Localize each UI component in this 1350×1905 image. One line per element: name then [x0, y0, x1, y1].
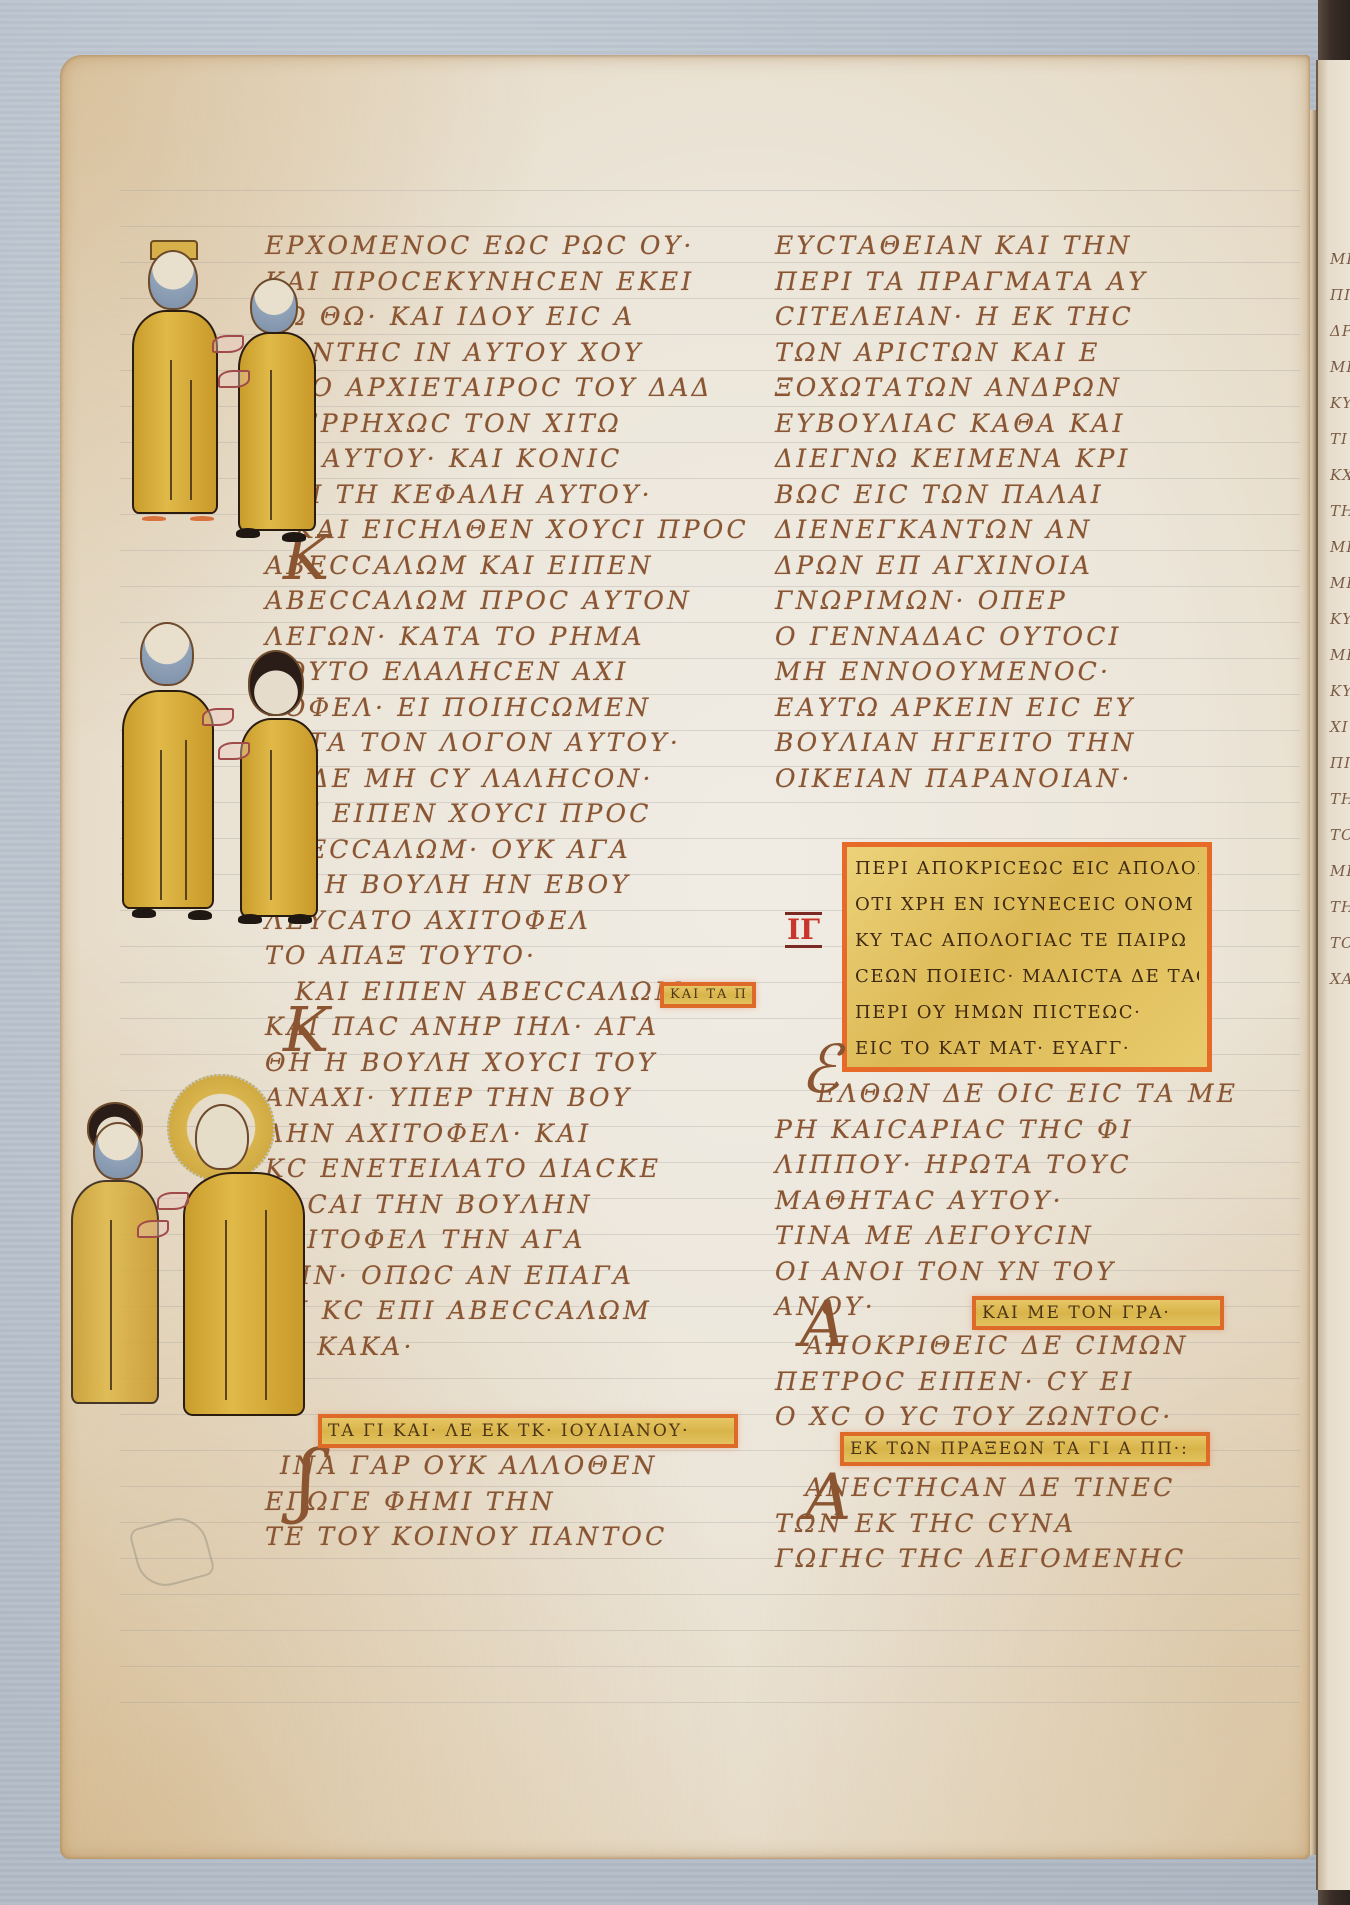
gold-block-line: ΚΥ ΤΑϹ ΑΠΟΛΟΓΙΑϹ ΤΕ ΠΑΙΡΩ	[855, 923, 1199, 959]
facing-page-fragment: ΜΙ	[1330, 646, 1350, 664]
text-line: ΒΟΥΛΙΑΝ ΗΓΕΙΤΟ ΤΗΝ	[775, 725, 1137, 761]
initial-iota: ʃ	[296, 1450, 318, 1510]
text-line: ΤΙΝΑ ΜΕ ΛΕΓΟΥϹΙΝ	[775, 1218, 1094, 1254]
rubric-kai-me-ton-graf: ΚΑΙ ΜΕ ΤΟΝ ΓΡΑ·	[972, 1296, 1224, 1330]
facing-page-fragment: ΚΥ	[1330, 394, 1350, 412]
text-line: ΓΝΩΡΙΜΩΝ· ΟΠΕΡ	[775, 583, 1068, 619]
facing-page-fragment: ΚΥ	[1330, 682, 1350, 700]
text-line: ΤΕ ΤΟΥ ΚΟΙΝΟΥ ΠΑΝΤΟϹ	[265, 1519, 667, 1555]
text-line: ΑΝΕϹΤΗϹΑΝ ΔΕ ΤΙΝΕϹ	[805, 1470, 1175, 1506]
apostle-robe	[71, 1180, 159, 1404]
facing-page-fragment: ΜΙ	[1330, 250, 1350, 268]
text-line: ΠΕΡΙ ΤΑ ΠΡΑΓΜΑΤΑ ΑΥ	[775, 264, 1148, 300]
facing-page-fragment: ΠΙ	[1330, 286, 1350, 304]
christ-robe	[183, 1172, 305, 1416]
facing-page-fragment: ΤΗ	[1330, 502, 1350, 520]
mourner-head	[250, 278, 298, 334]
mourner-robe	[238, 332, 316, 531]
facing-page-fragment: ΜΙ	[1330, 574, 1350, 592]
king-head	[148, 250, 198, 310]
apostle-hand	[137, 1220, 169, 1238]
miniature-christ-and-apostle	[65, 1060, 315, 1420]
initial-alpha-1: Α	[800, 1295, 846, 1355]
text-line: ΚϹ ΕΝΕΤΕΙΛΑΤΟ ΔΙΑϹΚΕ	[265, 1151, 661, 1187]
text-line: ΑΠΟΚΡΙΘΕΙϹ ΔΕ ϹΙΜΩΝ	[805, 1328, 1189, 1364]
text-line: ΑΝΑΧΙ· ΥΠΕΡ ΤΗΝ ΒΟΥ	[265, 1080, 632, 1116]
rubric-praxeis: ΕΚ ΤΩΝ ΠΡΑΞΕΩΝ ΤΑ ΓΙ Α ΠΠ·:	[840, 1432, 1210, 1466]
text-line: ΕΥΒΟΥΛΙΑϹ ΚΑΘΑ ΚΑΙ	[775, 406, 1126, 442]
elder-robe	[122, 690, 214, 909]
gold-rubric-block: ΠΕΡΙ ΑΠΟΚΡΙϹΕΩϹ ΕΙϹ ΑΠΟΛΟΓΙΑϹΟΤΙ ΧΡΗ ΕΝ …	[842, 842, 1212, 1072]
facing-page-fragment: ΤΙ	[1330, 430, 1348, 448]
text-line: ΠΕΤΡΟϹ ΕΙΠΕΝ· ϹΥ ΕΙ	[775, 1364, 1135, 1400]
text-line: ΜΗ ΕΝΝΟΟΥΜΕΝΟϹ·	[775, 654, 1111, 690]
text-line: ΟΙ ΑΝΟΙ ΤΟΝ ΥΝ ΤΟΥ	[775, 1254, 1116, 1290]
text-line: ΕΑΥΤΩ ΑΡΚΕΙΝ ΕΙϹ ΕΥ	[775, 690, 1135, 726]
text-line: ΞΟΧΩΤΑΤΩΝ ΑΝΔΡΩΝ	[775, 370, 1122, 406]
facing-page-fragment: ΜΙ	[1330, 358, 1350, 376]
miniature-two-figures-dialogue	[110, 610, 330, 930]
text-line: ΟΙΚΕΙΑΝ ΠΑΡΑΝΟΙΑΝ·	[775, 761, 1133, 797]
text-line: ΛΙΠΠΟΥ· ΗΡΩΤΑ ΤΟΥϹ	[775, 1147, 1132, 1183]
facing-page-fragment: ΤΗ	[1330, 898, 1350, 916]
facing-page-fragment: ΤΗ	[1330, 790, 1350, 808]
miniature-king-and-mourner	[120, 230, 330, 550]
initial-kappa-2: Κ	[283, 1000, 329, 1060]
mourner-hand	[218, 370, 250, 388]
christ-head	[195, 1104, 249, 1170]
christ-blessing-hand	[157, 1192, 189, 1210]
text-line: ΕΥϹΤΑΘΕΙΑΝ ΚΑΙ ΤΗΝ	[775, 228, 1133, 264]
facing-page-fragment: ΜΙ	[1330, 862, 1350, 880]
facing-page-fragment: ΜΙ	[1330, 538, 1350, 556]
text-line: ϹΙ Ο ΑΡΧΙΕΤΑΙΡΟϹ ΤΟΥ ΔΑΔ	[265, 370, 713, 406]
facing-page-fragment: ΔΡ	[1330, 322, 1350, 340]
text-line: ΜΑΘΗΤΑϹ ΑΥΤΟΥ·	[775, 1183, 1064, 1219]
youth-robe	[240, 718, 318, 917]
text-line: ΕΛΘΩΝ ΔΕ ΟΙϹ ΕΙϹ ΤΑ ΜΕ	[817, 1076, 1238, 1112]
facing-page-edge: ΜΙΠΙΔΡΜΙΚΥΤΙΚΧΤΗΜΙΜΙΚΥΜΙΚΥΧΙΠΙΤΗΤΟΜΙΤΗΤΟ…	[1316, 60, 1350, 1890]
elder-head	[140, 622, 194, 686]
initial-alpha-2: Α	[805, 1468, 851, 1528]
section-number-13: ΙΓ	[785, 912, 822, 948]
gold-block-line: ΟΤΙ ΧΡΗ ΕΝ ΙϹΥΝΕϹΕΙϹ ΟΝΟΜ	[855, 887, 1199, 923]
text-line: ΘΗΝ· ΟΠΩϹ ΑΝ ΕΠΑΓΑ	[265, 1258, 634, 1294]
facing-page-fragment: ΠΙ	[1330, 754, 1350, 772]
text-line: ϹΙΤΕΛΕΙΑΝ· Η ΕΚ ΤΗϹ	[775, 299, 1134, 335]
text-line: ΓΗ ΚϹ ΕΠΙ ΑΒΕϹϹΑΛΩΜ	[265, 1293, 652, 1329]
elder-hand	[202, 708, 234, 726]
text-line: ΡΗ ΚΑΙϹΑΡΙΑϹ ΤΗϹ ΦΙ	[775, 1112, 1134, 1148]
text-line: ΙΝΑ ΓΑΡ ΟΥΚ ΑΛΛΟΘΕΝ	[280, 1448, 658, 1484]
gold-block-line: ΠΕΡΙ ΑΠΟΚΡΙϹΕΩϹ ΕΙϹ ΑΠΟΛΟΓΙΑϹ	[855, 851, 1199, 887]
text-line: ΔΙΕΓΝΩ ΚΕΙΜΕΝΑ ΚΡΙ	[775, 441, 1131, 477]
text-line: ΔΙΕΝΕΓΚΑΝΤΩΝ ΑΝ	[775, 512, 1092, 548]
youth-hand	[218, 742, 250, 760]
facing-page-fragment: ΤΟ	[1330, 934, 1350, 952]
facing-page-fragment: ΚΥ	[1330, 610, 1350, 628]
gold-block-line: ΠΕΡΙ ΟΥ ΗΜΩΝ ΠΙϹΤΕΩϹ·	[855, 995, 1199, 1031]
rubric-julian: ΤΑ ΓΙ ΚΑΙ· ΛΕ ΕΚ ΤΚ· ΙΟΥΛΙΑΝΟΥ·	[318, 1414, 738, 1448]
facing-page-fragment: ΧΙ	[1330, 718, 1349, 736]
text-line: Ο ΓΕΝΝΑΔΑϹ ΟΥΤΟϹΙ	[775, 619, 1122, 655]
text-line: ΚΑΙ ΕΙϹΗΛΘΕΝ ΧΟΥϹΙ ΠΡΟϹ	[295, 512, 749, 548]
king-hand	[212, 335, 244, 353]
gold-block-line: ϹΕΩΝ ΠΟΙΕΙϹ· ΜΑΛΙϹΤΑ ΔΕ ΤΑϹ	[855, 959, 1199, 995]
gold-block-line: ΕΙϹ ΤΟ ΚΑΤ ΜΑΤ· ΕΥΑΓΓ·	[855, 1031, 1199, 1067]
text-line: Ο ΧϹ Ο ΥϹ ΤΟΥ ΖΩΝΤΟϹ·	[775, 1399, 1173, 1435]
facing-page-fragment: ΚΧ	[1330, 466, 1350, 484]
text-line: ΤΟ ΑΠΑΞ ΤΟΥΤΟ·	[265, 938, 537, 974]
facing-page-fragment: ΧΑ	[1330, 970, 1350, 988]
text-line: ΚΑΙ ΕΙΠΕΝ ΑΒΕϹϹΑΛΩΜ	[295, 974, 684, 1010]
text-line: ΒΩϹ ΕΙϹ ΤΩΝ ΠΑΛΑΙ	[775, 477, 1104, 513]
text-line: ΓΩΓΗϹ ΤΗϹ ΛΕΓΟΜΕΝΗϹ	[775, 1541, 1186, 1577]
apostle-face	[93, 1122, 143, 1180]
text-line: ΔΡΩΝ ΕΠ ΑΓΧΙΝΟΙΑ	[775, 548, 1093, 584]
text-line: ΤΩΝ ΑΡΙϹΤΩΝ ΚΑΙ Ε	[775, 335, 1101, 371]
king-robe	[132, 310, 218, 514]
youth-head	[248, 650, 304, 716]
initial-epsilon: ℰ	[800, 1040, 840, 1100]
facing-page-fragment: ΤΟ	[1330, 826, 1350, 844]
rubric-small: ΚΑΙ ΤΑ Π	[660, 982, 756, 1008]
